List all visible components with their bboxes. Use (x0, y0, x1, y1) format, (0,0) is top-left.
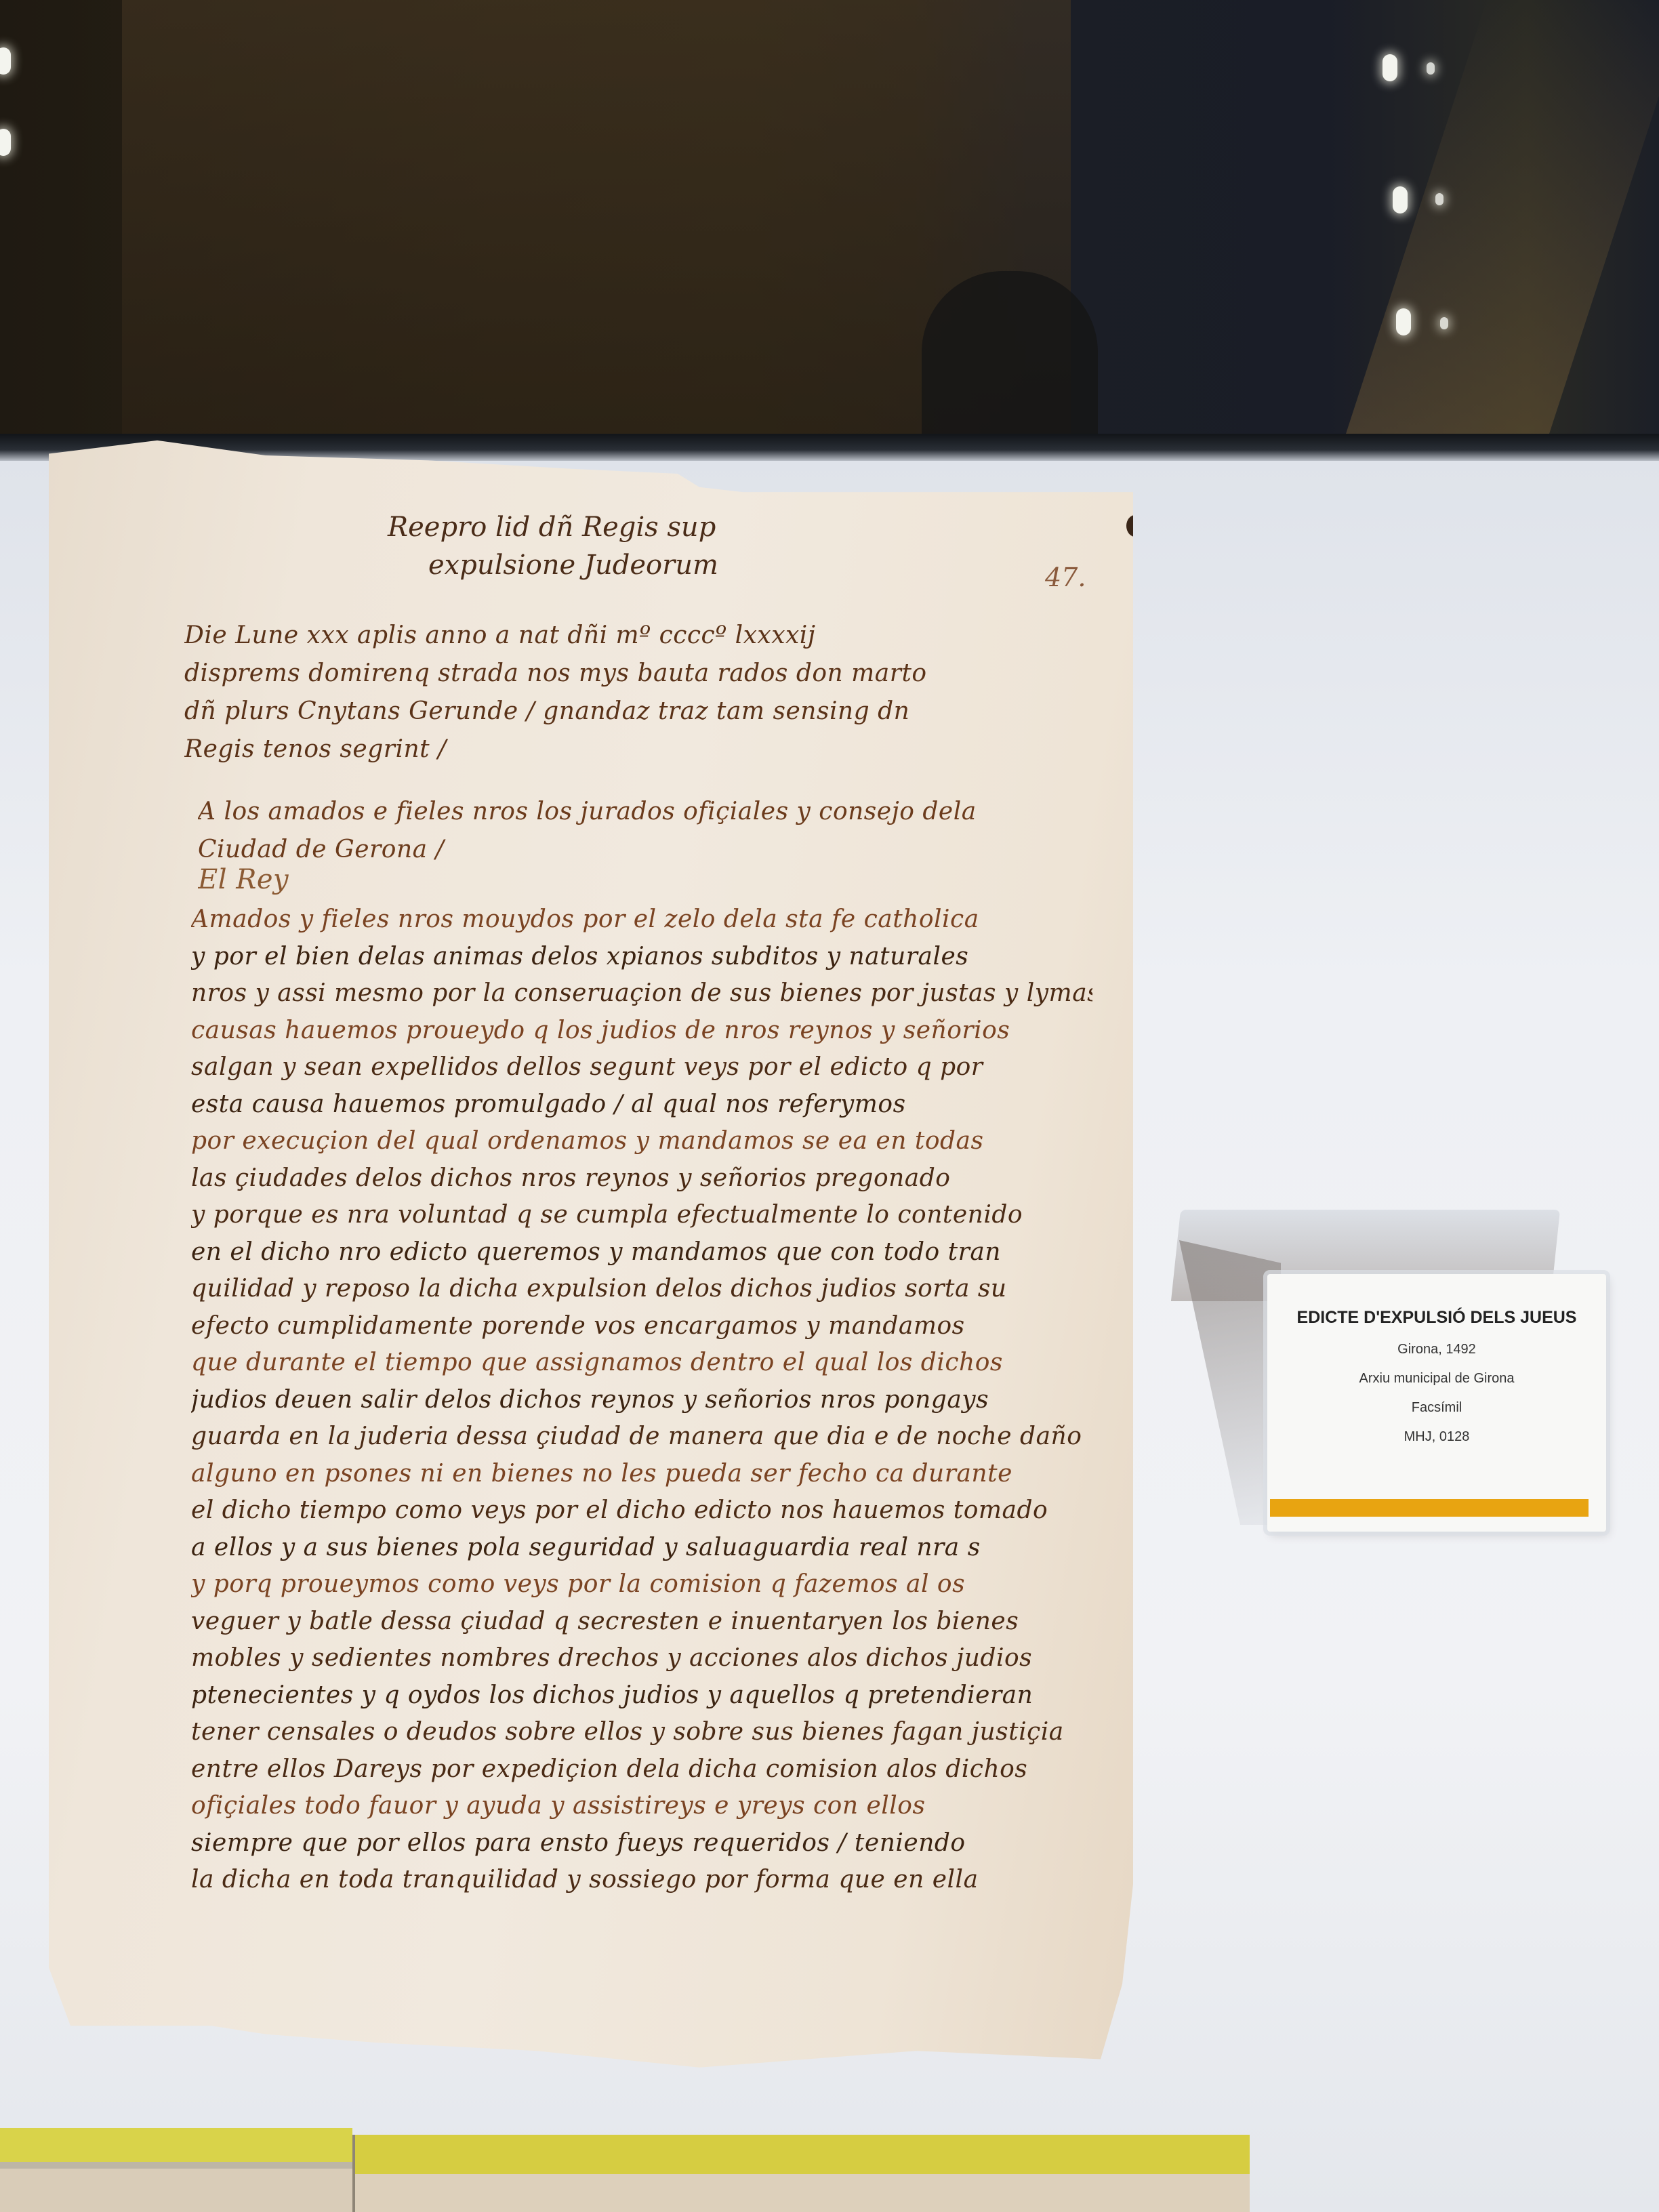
ceiling-light-reflection (1427, 62, 1435, 75)
text-line: siempre que por ellos para ensto fueys r… (191, 1825, 1092, 1862)
ceiling-light-reflection (1435, 193, 1443, 205)
manuscript-heading: Reepro lid dñ Regis sup expulsione Judeo… (388, 508, 862, 584)
label-archive: Arxiu municipal de Girona (1267, 1371, 1606, 1387)
text-line: en el dicho nro edicto queremos y mandam… (191, 1234, 1092, 1271)
text-line: Die Lune xxx aplis anno a nat dñi mº ccc… (184, 617, 1086, 655)
heading-line: expulsione Judeorum (388, 546, 862, 584)
manuscript-body: Amados y fieles nros mouydos por el zelo… (191, 901, 1092, 1899)
text-line: Regis tenos segrint / (184, 731, 1086, 769)
text-line: judios deuen salir delos dichos reynos y… (191, 1382, 1092, 1419)
label-type: Facsímil (1267, 1400, 1606, 1416)
text-line: a ellos y a sus bienes pola seguridad y … (191, 1530, 1092, 1567)
text-line: El Rey (198, 861, 1099, 899)
label-title: EDICTE D'EXPULSIÓ DELS JUEUS (1281, 1308, 1593, 1327)
folder-right-flap (352, 2135, 1250, 2212)
manuscript-address: A los amados e fieles nros los jurados o… (198, 793, 1099, 869)
text-line: veguer y batle dessa çiudad q secresten … (191, 1603, 1092, 1641)
folio-number: 47. (1045, 562, 1086, 592)
text-line: la dicha en toda tranquilidad y sossiego… (191, 1862, 1092, 1899)
text-line: que durante el tiempo que assignamos den… (191, 1345, 1092, 1382)
text-line: causas hauemos proueydo q los judios de … (191, 1012, 1092, 1050)
exhibit-label: EDICTE D'EXPULSIÓ DELS JUEUS Girona, 149… (1267, 1274, 1606, 1532)
manuscript-page: Reepro lid dñ Regis sup expulsione Judeo… (49, 434, 1133, 2101)
display-glass-reflection (0, 0, 1659, 461)
text-line: entre ellos Dareys por expediçion dela d… (191, 1751, 1092, 1788)
text-line: y por el bien delas animas delos xpianos… (191, 939, 1092, 976)
text-line: por execuçion del qual ordenamos y manda… (191, 1123, 1092, 1160)
text-line: mobles y sedientes nombres drechos y acc… (191, 1640, 1092, 1677)
text-line: efecto cumplidamente porende vos encarga… (191, 1308, 1092, 1345)
manuscript-text: Reepro lid dñ Regis sup expulsione Judeo… (49, 434, 1133, 2101)
archive-folder (0, 2128, 1247, 2212)
text-line: alguno en psones ni en bienes no les pue… (191, 1456, 1092, 1493)
heading-line: Reepro lid dñ Regis sup (388, 508, 862, 546)
label-accent-bar (1270, 1499, 1589, 1517)
ceiling-light-reflection (0, 129, 11, 156)
text-line: A los amados e fieles nros los jurados o… (198, 793, 1099, 831)
folder-left-flap (0, 2128, 352, 2212)
text-line: y porq proueymos como veys por la comisi… (191, 1566, 1092, 1603)
text-line: ofiçiales todo fauor y ayuda y assistire… (191, 1788, 1092, 1825)
text-line: dñ plurs Cnytans Gerunde / gnandaz traz … (184, 693, 1086, 731)
text-line: disprems domirenq strada nos mys bauta r… (184, 655, 1086, 693)
manuscript-preamble: Die Lune xxx aplis anno a nat dñi mº ccc… (184, 617, 1086, 769)
text-line: salgan y sean expellidos dellos segunt v… (191, 1049, 1092, 1086)
text-line: esta causa hauemos promulgado / al qual … (191, 1086, 1092, 1124)
reflected-visitor-silhouette (922, 271, 1098, 434)
text-line: ptenecientes y q oydos los dichos judios… (191, 1677, 1092, 1715)
ceiling-light-reflection (1382, 54, 1397, 81)
ceiling-light-reflection (0, 47, 11, 75)
text-line: nros y assi mesmo por la conseruaçion de… (191, 975, 1092, 1012)
text-line: y porque es nra voluntad q se cumpla efe… (191, 1197, 1092, 1234)
text-line: tener censales o deudos sobre ellos y so… (191, 1714, 1092, 1751)
ceiling-light-reflection (1396, 308, 1411, 335)
text-line: Amados y fieles nros mouydos por el zelo… (191, 901, 1092, 939)
label-place-date: Girona, 1492 (1267, 1342, 1606, 1357)
text-line: quilidad y reposo la dicha expulsion del… (191, 1271, 1092, 1308)
label-catalog-id: MHJ, 0128 (1267, 1429, 1606, 1445)
text-line: las çiudades delos dichos nros reynos y … (191, 1160, 1092, 1197)
text-line: el dicho tiempo como veys por el dicho e… (191, 1492, 1092, 1530)
text-line: guarda en la juderia dessa çiudad de man… (191, 1418, 1092, 1456)
ceiling-light-reflection (1393, 186, 1408, 213)
ceiling-light-reflection (1440, 317, 1448, 329)
manuscript-salutation: El Rey (198, 861, 1099, 899)
